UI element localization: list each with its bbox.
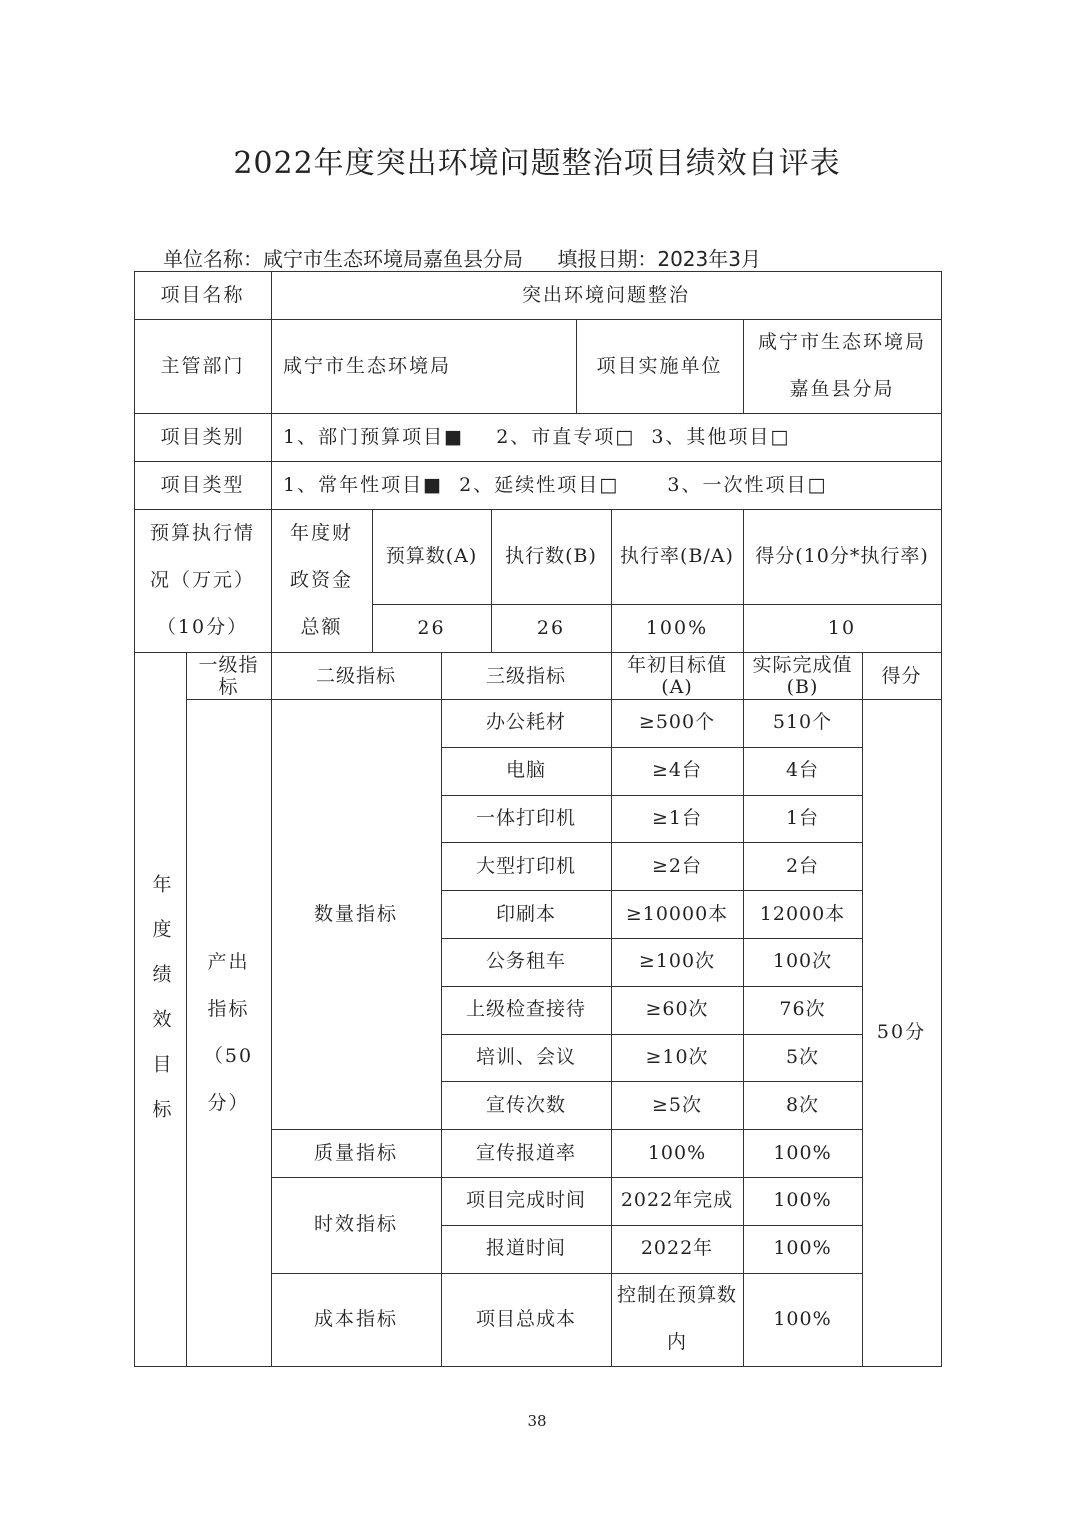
impl-label: 项目实施单位 [576, 319, 743, 413]
project-name-label: 项目名称 [134, 271, 271, 319]
actual-value: 1台 [743, 795, 862, 843]
category-label: 项目类别 [134, 413, 271, 461]
metric-name: 电脑 [441, 747, 611, 795]
budget-value: 10 [743, 604, 941, 652]
budget-header: 预算数(A) [372, 509, 491, 604]
category-value: 1、部门预算项目■ 2、市直专项□ 3、其他项目□ [271, 413, 941, 461]
actual-value: 100% [743, 1225, 862, 1273]
target-value: 2022年完成 [611, 1177, 743, 1225]
metric-name: 印刷本 [441, 890, 611, 938]
perf-header: 年初目标值(A) [611, 652, 743, 699]
actual-value: 76次 [743, 986, 862, 1034]
page-number: 38 [0, 1412, 1074, 1430]
budget-header: 得分(10分*执行率) [743, 509, 941, 604]
target-value: ≥500个 [611, 699, 743, 747]
budget-value: 26 [491, 604, 611, 652]
actual-value: 100% [743, 1177, 862, 1225]
target-value: 控制在预算数内 [611, 1273, 743, 1366]
metric-name: 项目总成本 [441, 1273, 611, 1366]
metric-name: 大型打印机 [441, 842, 611, 890]
actual-value: 8次 [743, 1081, 862, 1129]
level2-label: 成本指标 [271, 1273, 441, 1366]
actual-value: 12000本 [743, 890, 862, 938]
actual-value: 510个 [743, 699, 862, 747]
meta-line: 单位名称：咸宁市生态环境局嘉鱼县分局 填报日期：2023年3月 [163, 243, 789, 272]
actual-value: 100% [743, 1273, 862, 1366]
metric-name: 公务租车 [441, 938, 611, 986]
perf-header: 得分 [862, 652, 941, 699]
target-value: 2022年 [611, 1225, 743, 1273]
metric-name: 宣传次数 [441, 1081, 611, 1129]
perf-header: 二级指标 [271, 652, 441, 699]
actual-value: 5次 [743, 1034, 862, 1082]
project-name-value: 突出环境问题整治 [271, 271, 941, 319]
level1-label: 产出指标（50分） [186, 699, 271, 1366]
h-rule [134, 1366, 942, 1367]
metric-name: 项目完成时间 [441, 1177, 611, 1225]
budget-value: 26 [372, 604, 491, 652]
perf-header: 实际完成值(B) [743, 652, 862, 699]
perf-header: 三级指标 [441, 652, 611, 699]
dept-label: 主管部门 [134, 319, 271, 413]
metric-name: 报道时间 [441, 1225, 611, 1273]
type-label: 项目类型 [134, 461, 271, 509]
perf-header: 一级指标 [186, 652, 271, 699]
metric-name: 宣传报道率 [441, 1129, 611, 1177]
target-value: ≥5次 [611, 1081, 743, 1129]
actual-value: 4台 [743, 747, 862, 795]
level2-label: 质量指标 [271, 1129, 441, 1177]
metric-name: 培训、会议 [441, 1034, 611, 1082]
target-value: ≥100次 [611, 938, 743, 986]
page-title: 2022年度突出环境问题整治项目绩效自评表 [0, 138, 1074, 182]
side-label: 年度绩效目标 [134, 652, 186, 1366]
target-value: ≥1台 [611, 795, 743, 843]
target-value: ≥10000本 [611, 890, 743, 938]
impl-value: 咸宁市生态环境局嘉鱼县分局 [743, 319, 941, 413]
actual-value: 100% [743, 1129, 862, 1177]
target-value: 100% [611, 1129, 743, 1177]
type-value: 1、常年性项目■ 2、延续性项目□ 3、一次性项目□ [271, 461, 941, 509]
budget-label: 预算执行情况（万元）（10分） [134, 509, 271, 652]
actual-value: 2台 [743, 842, 862, 890]
budget-header: 执行数(B) [491, 509, 611, 604]
budget-header: 执行率(B/A) [611, 509, 743, 604]
level2-label: 时效指标 [271, 1177, 441, 1273]
unit-name: 单位名称：咸宁市生态环境局嘉鱼县分局 [163, 247, 523, 271]
fund-label: 年度财政资金总额 [271, 509, 372, 652]
budget-value: 100% [611, 604, 743, 652]
v-rule [941, 271, 942, 1367]
target-value: ≥2台 [611, 842, 743, 890]
target-value: ≥4台 [611, 747, 743, 795]
metric-name: 上级检查接待 [441, 986, 611, 1034]
metric-name: 办公耗材 [441, 699, 611, 747]
score-value: 50分 [862, 699, 941, 1366]
dept-value: 咸宁市生态环境局 [271, 319, 576, 413]
report-date: 填报日期：2023年3月 [557, 247, 761, 271]
actual-value: 100次 [743, 938, 862, 986]
level2-label: 数量指标 [271, 699, 441, 1129]
metric-name: 一体打印机 [441, 795, 611, 843]
target-value: ≥10次 [611, 1034, 743, 1082]
target-value: ≥60次 [611, 986, 743, 1034]
